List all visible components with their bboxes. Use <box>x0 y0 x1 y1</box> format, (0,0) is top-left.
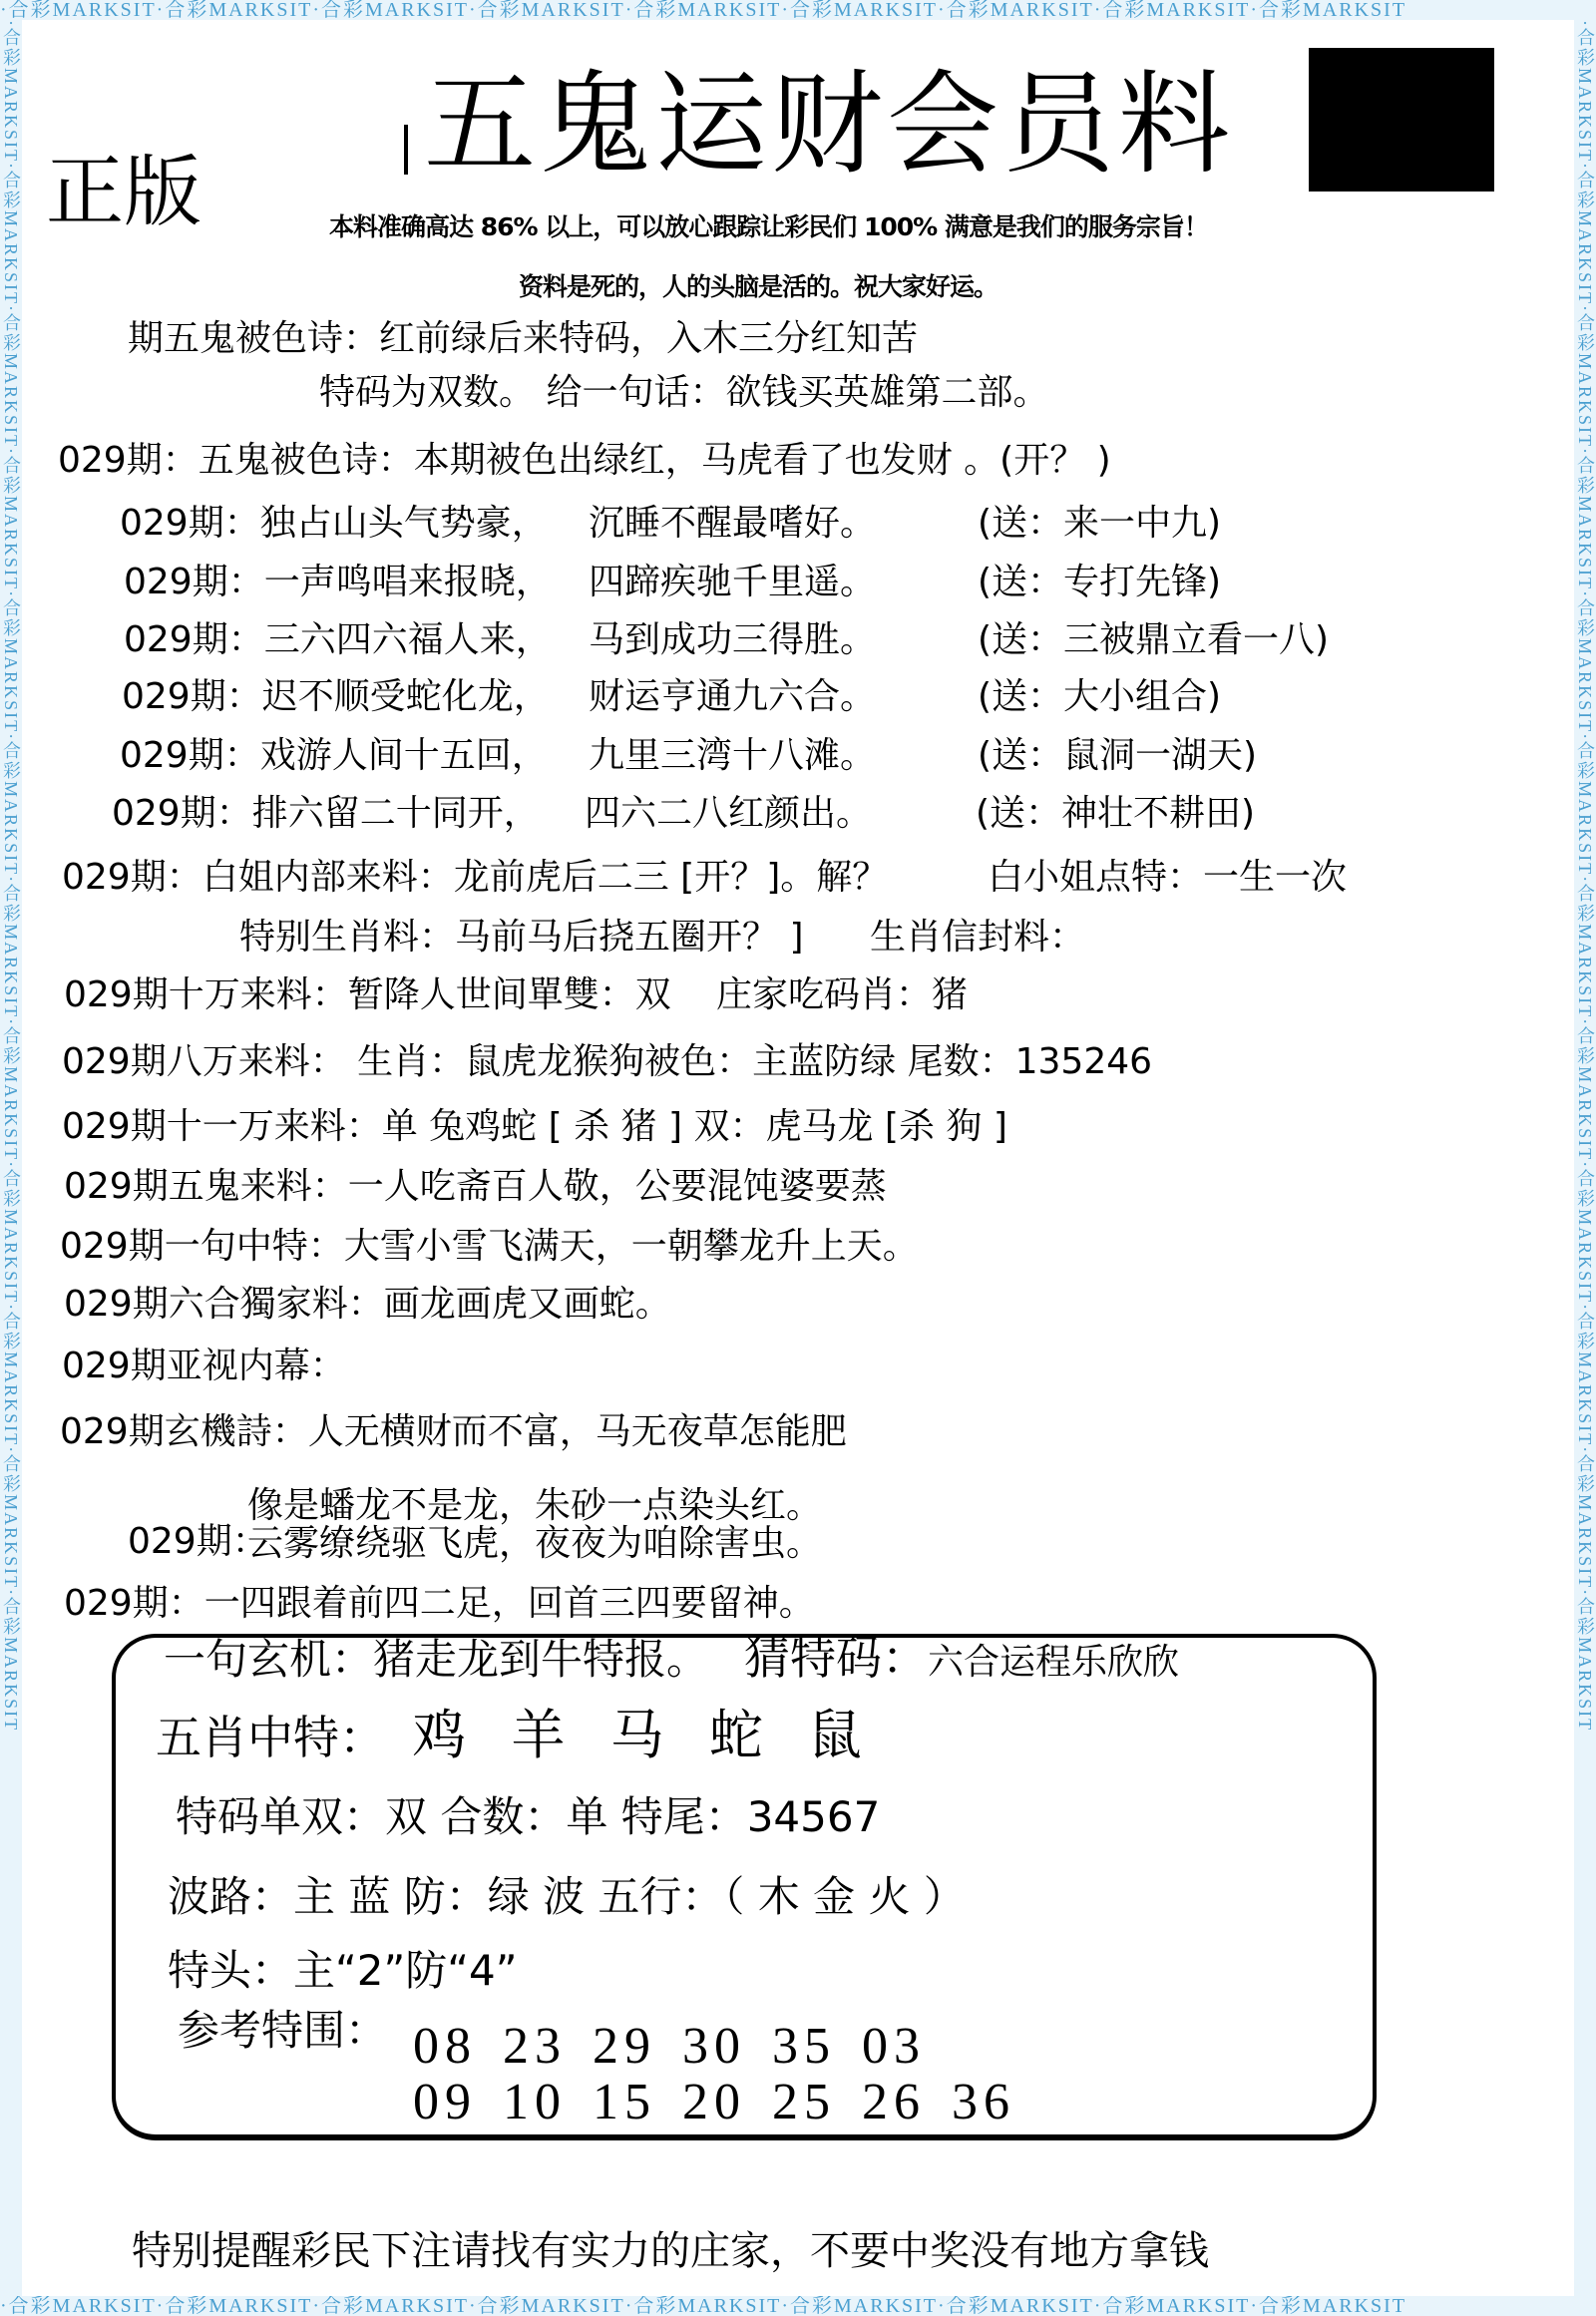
riddle-row: 一句玄机：猪走龙到牛特报。猜特码：六合运程乐欣欣 <box>164 1632 1179 1689</box>
entry-wave-poem: 029期：五鬼被色诗：本期被色出绿红，马虎看了也发财 。(开？ ) <box>58 439 1111 483</box>
ref-label: 参考特围： <box>178 2005 387 2057</box>
edition-label: 正版 <box>46 148 201 237</box>
watermark-border-bottom: ·合彩MARKSIT·合彩MARKSIT·合彩MARKSIT·合彩MARKSIT… <box>0 2296 1596 2316</box>
ref-numbers-row-2: 09101520252636 <box>413 2073 1041 2131</box>
page-title: 五鬼运财会员料 <box>424 60 1234 190</box>
guess-value: 六合运程乐欣欣 <box>928 1642 1179 1683</box>
source-row: 029期六合獨家料：画龙画虎又画蛇。 <box>64 1283 671 1327</box>
watermark-border-right: ·合彩MARKSIT·合彩MARKSIT·合彩MARKSIT·合彩MARKSIT… <box>1574 20 1596 2296</box>
entry-row: 029期：独占山头气势豪，沉睡不醒最嗜好。(送：来一中九) <box>120 502 1221 546</box>
odd-even-row: 特码单双：双 合数：单 特尾：34567 <box>176 1791 880 1843</box>
watermark-text: ·合彩MARKSIT <box>0 0 157 20</box>
five-zodiac-values: 鸡 羊 马 蛇 鼠 <box>412 1704 876 1766</box>
entry-row: 029期：迟不顺受蛇化龙，财运亨通九六合。(送：大小组合) <box>122 675 1221 719</box>
watermark-border-left: ·合彩MARKSIT·合彩MARKSIT·合彩MARKSIT·合彩MARKSIT… <box>0 20 22 2296</box>
source-row: 029期十一万来料：单 兔鸡蛇 [ 杀 猪 ] 双：虎马龙 [杀 狗 ] <box>62 1105 1007 1149</box>
intro-line-1: 期五鬼被色诗：红前绿后来特码，入木三分红知苦 <box>128 317 918 361</box>
entry-left: 029期：独占山头气势豪， <box>120 502 589 546</box>
tagline-accuracy: 本料准确高达 86% 以上，可以放心跟踪让彩民们 100% 满意是我们的服务宗旨… <box>329 207 1208 243</box>
ref-numbers-row-1: 082329303503 <box>413 2017 952 2076</box>
head-row: 特头：主“2”防“4” <box>168 1945 517 1997</box>
tagline-good-luck: 资料是死的，人的头脑是活的。祝大家好运。 <box>519 267 997 303</box>
redacted-image-block <box>1309 48 1494 192</box>
wave-row: 波路：主 蓝 防：绿 波 五行：（ 木 金 火 ） <box>168 1871 966 1923</box>
source-row: 029期亚视内幕： <box>62 1345 346 1388</box>
five-zodiac-label: 五肖中特： <box>156 1711 385 1764</box>
bai-jie-line: 029期：白姐内部来料：龙前虎后二三 [开？]。解？ <box>62 856 988 900</box>
entry-mid: 沉睡不醒最嗜好。 <box>589 502 978 546</box>
last-line: 029期：一四跟着前四二足，回首三四要留神。 <box>64 1582 815 1626</box>
source-row: 029期玄機詩：人无横财而不富，马无夜草怎能肥 <box>60 1410 847 1454</box>
riddle: 一句玄机：猪走龙到牛特报。 <box>164 1634 744 1686</box>
source-row: 029期十万来料：暂降人世间單雙：双庄家吃码肖：猪 <box>64 973 968 1017</box>
entry-gift: (送：来一中九) <box>978 503 1221 544</box>
source-row: 029期一句中特：大雪小雪飞满天，一朝攀龙升上天。 <box>60 1225 919 1269</box>
intro-line-2: 特码为双数。 给一句话：欲钱买英雄第二部。 <box>319 371 1048 415</box>
footer-warning: 特别提醒彩民下注请找有实力的庄家，不要中奖没有地方拿钱 <box>132 2226 1209 2276</box>
number: 08 <box>413 2018 477 2075</box>
zodiac-letter: 生肖信封料： <box>870 917 1085 958</box>
bai-jie-row: 029期：白姐内部来料：龙前虎后二三 [开？]。解？白小姐点特：一生一次 <box>62 856 1347 900</box>
five-zodiac-row: 五肖中特： 鸡 羊 马 蛇 鼠 <box>156 1710 876 1765</box>
source-row: 029期八万来料： 生肖：鼠虎龙猴狗被色：主蓝防绿 尾数：135246 <box>62 1040 1152 1084</box>
title-divider <box>404 125 408 175</box>
watermark-border-top: ·合彩MARKSIT·合彩MARKSIT·合彩MARKSIT·合彩MARKSIT… <box>0 0 1596 20</box>
poem-line-2: 云雾缭绕驱飞虎，夜夜为咱除害虫。 <box>247 1522 822 1566</box>
entry-row: 029期：戏游人间十五回，九里三湾十八滩。(送：鼠洞一湖天) <box>120 734 1257 778</box>
entry-row: 029期：一声鸣唱来报晓，四蹄疾驰千里遥。(送：专打先锋) <box>124 561 1221 604</box>
source-row: 029期五鬼来料：一人吃斋百人敬，公要混饨婆要蒸 <box>64 1165 887 1209</box>
bai-jie-point: 白小姐点特：一生一次 <box>988 857 1347 898</box>
special-zodiac: 特别生肖料：马前马后挠五圈开？ ] <box>239 916 870 960</box>
entry-row: 029期：三六四六福人来，马到成功三得胜。(送：三被鼎立看一八) <box>124 618 1329 662</box>
entry-row: 029期：排六留二十同开，四六二八红颜出。(送：神壮不耕田) <box>112 792 1255 836</box>
guess-label: 猜特码： <box>744 1631 928 1685</box>
special-zodiac-row: 特别生肖料：马前马后挠五圈开？ ]生肖信封料： <box>239 916 1085 960</box>
